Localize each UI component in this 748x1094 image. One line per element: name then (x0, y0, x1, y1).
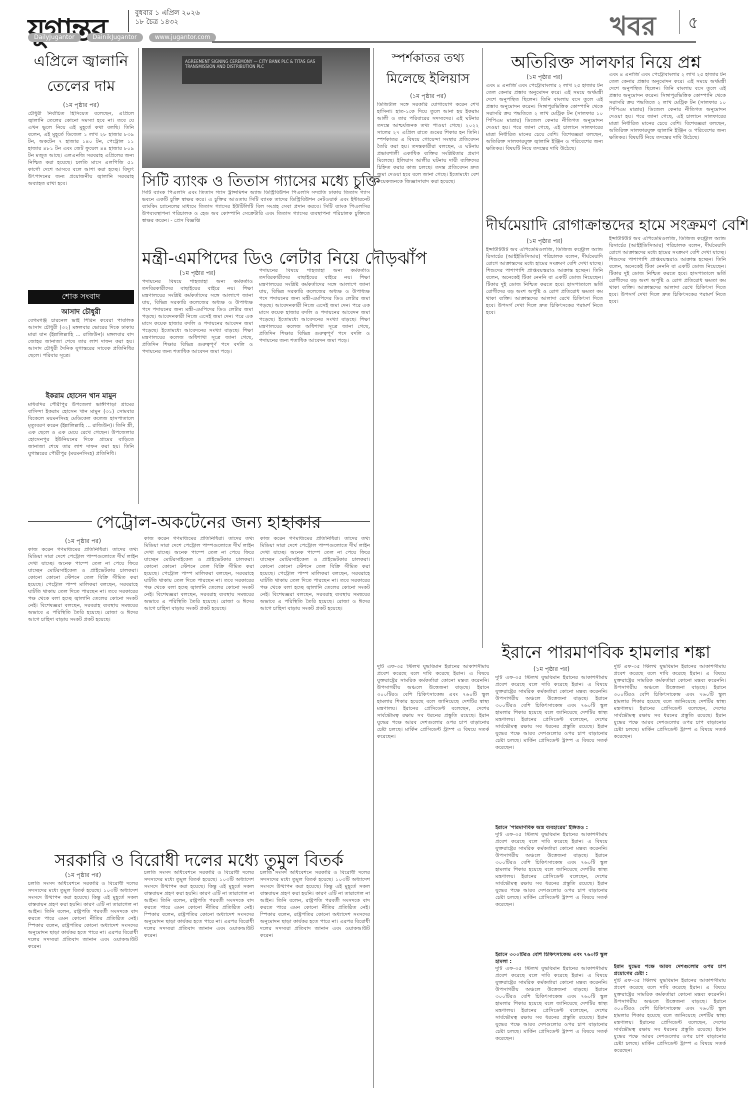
center-divider (373, 48, 374, 1088)
column-divider (138, 48, 139, 504)
article-body: ডিজিটাল সঙ্গে সরকারি যোগাযোগ করেন শেখ হা… (377, 102, 479, 632)
article-body: কাজ করেন গণমাধ্যমের প্রতিনিধিরা। তাদের ত… (28, 547, 138, 847)
social-links: DailyJugantor DainikJugantor www.juganto… (28, 33, 216, 42)
article-body: চলতি সংসদ অধিবেশনে সরকারি ও বিরোধী দলের … (260, 870, 370, 1088)
article-debate: (১ম পৃষ্ঠার পর) চলতি সংসদ অধিবেশনে সরকার… (28, 870, 370, 1093)
headline: মিলেছে ইলিয়াস (377, 70, 479, 91)
headline: এপ্রিলে জ্বালানি (28, 50, 134, 75)
article-body: দুটি এফ-৩৫ স্টিলথ যুদ্ধবিমান ইরানের আকাশ… (614, 978, 726, 1078)
article-body: চৌধুরী নির্বাচিত হিসিয়েত বলেছেন, এপ্রিল… (28, 111, 134, 279)
obituary-name: আসাদ চৌধুরী (28, 306, 134, 318)
obituary-section: আসাদ চৌধুরী বেগমগঞ্জ চারনেল ভাই শিরিন কব… (28, 306, 134, 517)
article-body: দুটি এফ-৩৫ স্টিলথ যুদ্ধবিমান ইরানের আকাশ… (377, 664, 489, 1084)
article-chronic-disease: (১ম পৃষ্ঠার পর) ইন্সটিটিউট অব এপিডেমিওলজ… (486, 236, 726, 637)
website-link[interactable]: www.jugantor.com (149, 33, 217, 42)
continued-label: (১ম পৃষ্ঠার পর) (486, 72, 603, 83)
date-block: বুধবার ১ এপ্রিল ২০২৬ ১৮ চৈত্র ১৪৩২ (135, 9, 200, 27)
article-do-letter: (১ম পৃষ্ঠার পর) পদায়নের বিষয়ে শাহজাহা … (142, 268, 370, 503)
date-bengali: ১৮ চৈত্র ১৪৩২ (135, 18, 200, 27)
article-body: ইন্সটিটিউট অব এপিডেমিওলজি, ডিজিজ কন্ট্রো… (609, 236, 726, 632)
article-body: দুটি এফ-৩৫ স্টিলথ যুদ্ধবিমান ইরানের আকাশ… (614, 664, 726, 964)
continued-label: (১ম পৃষ্ঠার পর) (377, 91, 479, 102)
article-body: এবং ৪ এনার্জি এবং পেট্রোবাংলার ২ লাখ ২৫ … (609, 72, 726, 206)
article-eliyas: স্পর্শকাতর তথ্য মিলেছে ইলিয়াস (১ম পৃষ্ঠ… (377, 50, 479, 632)
headline: তেলের দাম (28, 75, 134, 100)
subhead: ইরানে 'পারমাণবিক অস্ত্র ব্যবহারের' ইঙ্গি… (495, 825, 607, 832)
article-body: কাজ করেন গণমাধ্যমের প্রতিনিধিরা। তাদের ত… (144, 536, 254, 842)
headline-rule-right (282, 521, 370, 522)
headline: স্পর্শকাতর তথ্য (377, 50, 479, 70)
article-body: দুটি এফ-৩৫ স্টিলথ যুদ্ধবিমান ইরানের আকাশ… (495, 966, 607, 1086)
section-title: খবর (610, 6, 656, 50)
article-petrol: (১ম পৃষ্ঠার পর) কাজ করেন গণমাধ্যমের প্রত… (28, 536, 370, 847)
article-body: দুটি এফ-৩৫ স্টিলথ যুদ্ধবিমান ইরানের আকাশ… (495, 832, 607, 952)
obituary-body: মাধবদির পৌরীপুর উপজেলা ভাঙ্গীপাড়া গ্রাম… (28, 402, 134, 517)
article-body: ইন্সটিটিউট অব এপিডেমিওলজি, ডিজিজ কন্ট্রো… (486, 247, 603, 637)
continued-label: (১ম পৃষ্ঠার পর) (495, 664, 607, 675)
obituary-name: ইকরাম হোসেন খান মামুন (28, 390, 134, 402)
article-body: এবং ৪ এনার্জি এবং পেট্রোবাংলার ২ লাখ ২৫ … (486, 83, 603, 211)
photo-backdrop-banner: AGREEMENT SIGNING CEREMONY — CITY BANK P… (182, 56, 322, 84)
article-body: সিটি ব্যাংক পিএলসি এবং তিতাস গ্যাস ট্রান… (142, 190, 370, 238)
obituary-body: বেগমগঞ্জ চারনেল ভাই শিরিন কবেরা পাবলিক আ… (28, 318, 134, 388)
date-gregorian: বুধবার ১ এপ্রিল ২০২৬ (135, 9, 200, 18)
article-body: চলতি সংসদ অধিবেশনে সরকারি ও বিরোধী দলের … (144, 870, 254, 1088)
article-fuel-price: এপ্রিলে জ্বালানি তেলের দাম (১ম পৃষ্ঠার প… (28, 50, 134, 279)
obituary-banner: শোক সংবাদ (28, 290, 134, 304)
article-iran: দুটি এফ-৩৫ স্টিলথ যুদ্ধবিমান ইরানের আকাশ… (377, 664, 726, 1086)
facebook-link[interactable]: DainikJugantor (87, 33, 143, 42)
continued-label: (১ম পৃষ্ঠার পর) (28, 536, 138, 547)
subhead: ইরান যুদ্ধের পক্ষে আরব দেশগুলোর ওপর চাপ … (614, 964, 726, 978)
page-number: ৫ (688, 10, 698, 37)
city-bank-photo: AGREEMENT SIGNING CEREMONY — CITY BANK P… (142, 48, 370, 168)
continued-label: (১ম পৃষ্ঠার পর) (28, 870, 138, 881)
section-divider (679, 10, 680, 34)
subhead: ইরানে ৩০০টিরও বেশি চিকিৎসাকেন্দ্র এবং ৭৬… (495, 952, 607, 966)
article-sulphur: (১ম পৃষ্ঠার পর) এবং ৪ এনার্জি এবং পেট্রো… (486, 72, 726, 211)
continued-label: (১ম পৃষ্ঠার পর) (142, 268, 253, 279)
article-body: কাজ করেন গণমাধ্যমের প্রতিনিধিরা। তাদের ত… (260, 536, 370, 842)
continued-label: (১ম পৃষ্ঠার পর) (486, 236, 603, 247)
article-body: দুটি এফ-৩৫ স্টিলথ যুদ্ধবিমান ইরানের আকাশ… (495, 675, 607, 825)
twitter-link[interactable]: DailyJugantor (28, 33, 81, 42)
logo-divider (128, 10, 129, 32)
article-body: চলতি সংসদ অধিবেশনে সরকারি ও বিরোধী দলের … (28, 881, 138, 1093)
continued-label: (১ম পৃষ্ঠার পর) (28, 100, 134, 111)
column-divider (482, 48, 483, 648)
headline-rule-left (28, 521, 92, 522)
article-body: পদায়নের বিষয়ে শাহজাহা অন্য কর্মকর্তাও … (142, 279, 253, 503)
article-body: পদায়নের বিষয়ে শাহজাহা অন্য কর্মকর্তাও … (259, 268, 370, 500)
headline: পেট্রোল-অকটেনের জন্য হাহাকার (96, 510, 276, 538)
